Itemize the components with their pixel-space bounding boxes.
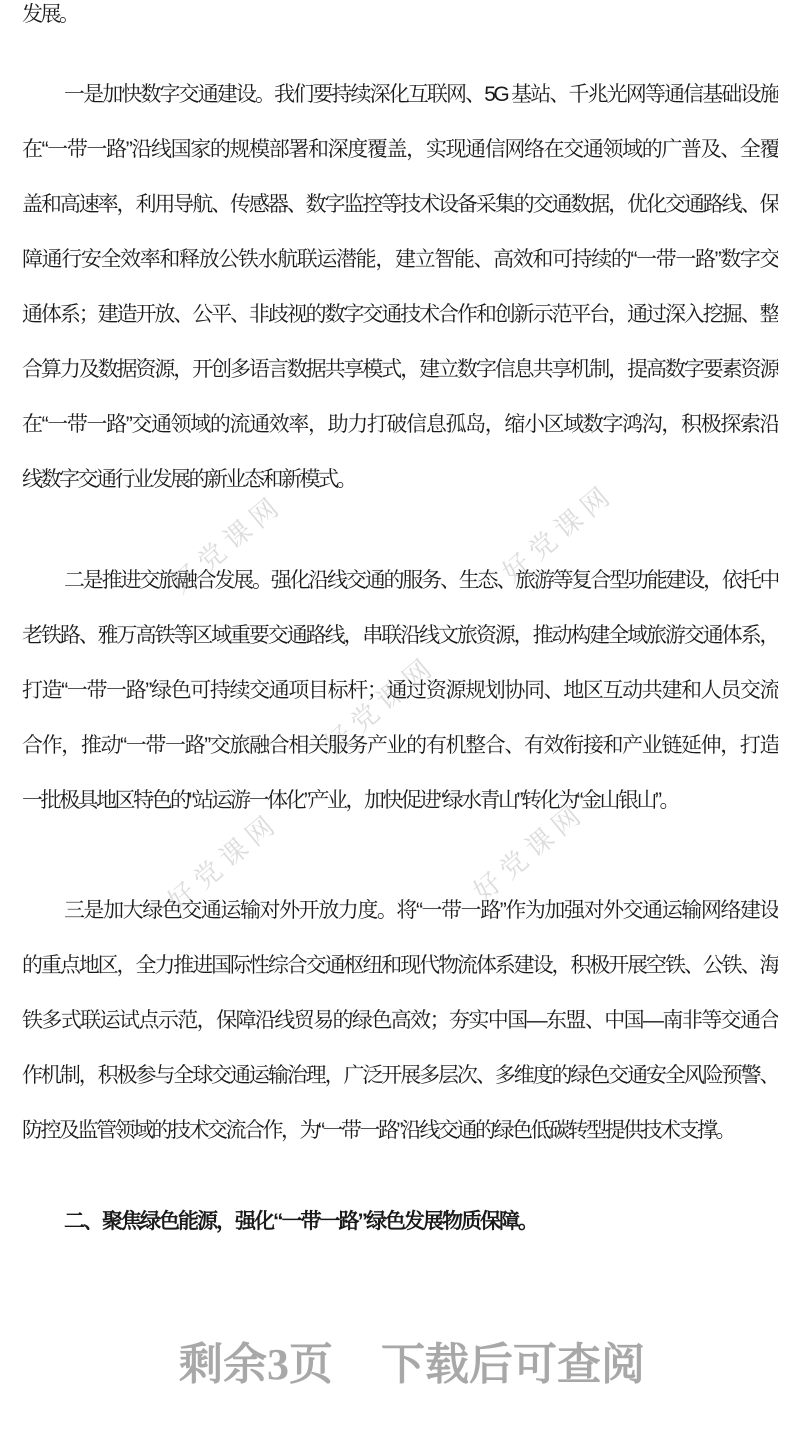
document-body: 发展。 一是加快数字交通建设。我们要持续深化互联网、5G 基站、千兆光网等通信基… [0, 0, 800, 1395]
text-line: 盖和高速率，利用导航、传感器、数字监控等技术设备采集的交通数据，优化交通路线、保 [22, 177, 778, 232]
text-line: 通体系；建造开放、公平、非歧视的数字交通技术合作和创新示范平台，通过深入挖掘、整 [22, 287, 778, 342]
text-line: 在“一带一路”沿线国家的规模部署和深度覆盖，实现通信网络在交通领域的广普及、全覆 [22, 122, 778, 177]
text-line: 三是加大绿色交通运输对外开放力度。将“一带一路”作为加强对外交通运输网络建设 [22, 883, 778, 938]
text-line: 在“一带一路”交通领域的流通效率，助力打破信息孤岛，缩小区域数字鸿沟，积极探索沿 [22, 397, 778, 452]
text-line: 一是加快数字交通建设。我们要持续深化互联网、5G 基站、千兆光网等通信基础设施 [22, 67, 778, 122]
text-line: 老铁路、雅万高铁等区域重要交通路线，串联沿线文旅资源，推动构建全域旅游交通体系， [22, 608, 778, 663]
paragraph-continuation: 发展。 [22, 0, 778, 30]
text-line: 作机制，积极参与全球交通运输治理，广泛开展多层次、多维度的绿色交通安全风险预警、 [22, 1048, 778, 1103]
paragraph-transport-tourism: 二是推进交旅融合发展。强化沿线交通的服务、生态、旅游等复合型功能建设，依托中 老… [22, 553, 778, 828]
text-line: 一批极具地区特色的“站运游一体化”产业，加快促进“绿水青山”转化为“金山银山”。 [22, 773, 778, 828]
pages-remaining-label: 剩余3页 [179, 1340, 333, 1389]
text-line: 合算力及数据资源，开创多语言数据共享模式，建立数字信息共享机制，提高数字要素资源 [22, 342, 778, 397]
text-line: 铁多式联运试点示范，保障沿线贸易的绿色高效；夯实中国—东盟、中国—南非等交通合 [22, 993, 778, 1048]
text-line: 线数字交通行业发展的新业态和新模式。 [22, 452, 778, 507]
text-line: 合作，推动“一带一路”交旅融合相关服务产业的有机整合、有效衔接和产业链延伸，打造 [22, 718, 778, 773]
text-line: 打造“一带一路”绿色可持续交通项目标杆；通过资源规划协同、地区互动共建和人员交流 [22, 663, 778, 718]
document-page: 好党课网 好党课网 好党课网 好党课网 好党课网 发展。 一是加快数字交通建设。… [0, 0, 800, 1443]
paragraph-green-transport-opening: 三是加大绿色交通运输对外开放力度。将“一带一路”作为加强对外交通运输网络建设 的… [22, 883, 778, 1158]
section-heading-green-energy: 二、聚焦绿色能源，强化“一带一路”绿色发展物质保障。 [22, 1194, 778, 1249]
text-line: 二是推进交旅融合发展。强化沿线交通的服务、生态、旅游等复合型功能建设，依托中 [22, 553, 778, 608]
download-hint-label: 下载后可查阅 [381, 1340, 645, 1389]
text-line: 障通行安全效率和释放公铁水航联运潜能，建立智能、高效和可持续的“一带一路”数字交 [22, 232, 778, 287]
text-line: 发展。 [22, 0, 778, 30]
preview-footer: 剩余3页下载后可查阅 [22, 1335, 778, 1395]
paragraph-digital-transport: 一是加快数字交通建设。我们要持续深化互联网、5G 基站、千兆光网等通信基础设施 … [22, 67, 778, 507]
text-line: 防控及监管领域的技术交流合作，为“一带一路”沿线交通的绿色低碳转型提供技术支撑。 [22, 1103, 778, 1158]
text-line: 的重点地区，全力推进国际性综合交通枢纽和现代物流体系建设，积极开展空铁、公铁、海 [22, 938, 778, 993]
